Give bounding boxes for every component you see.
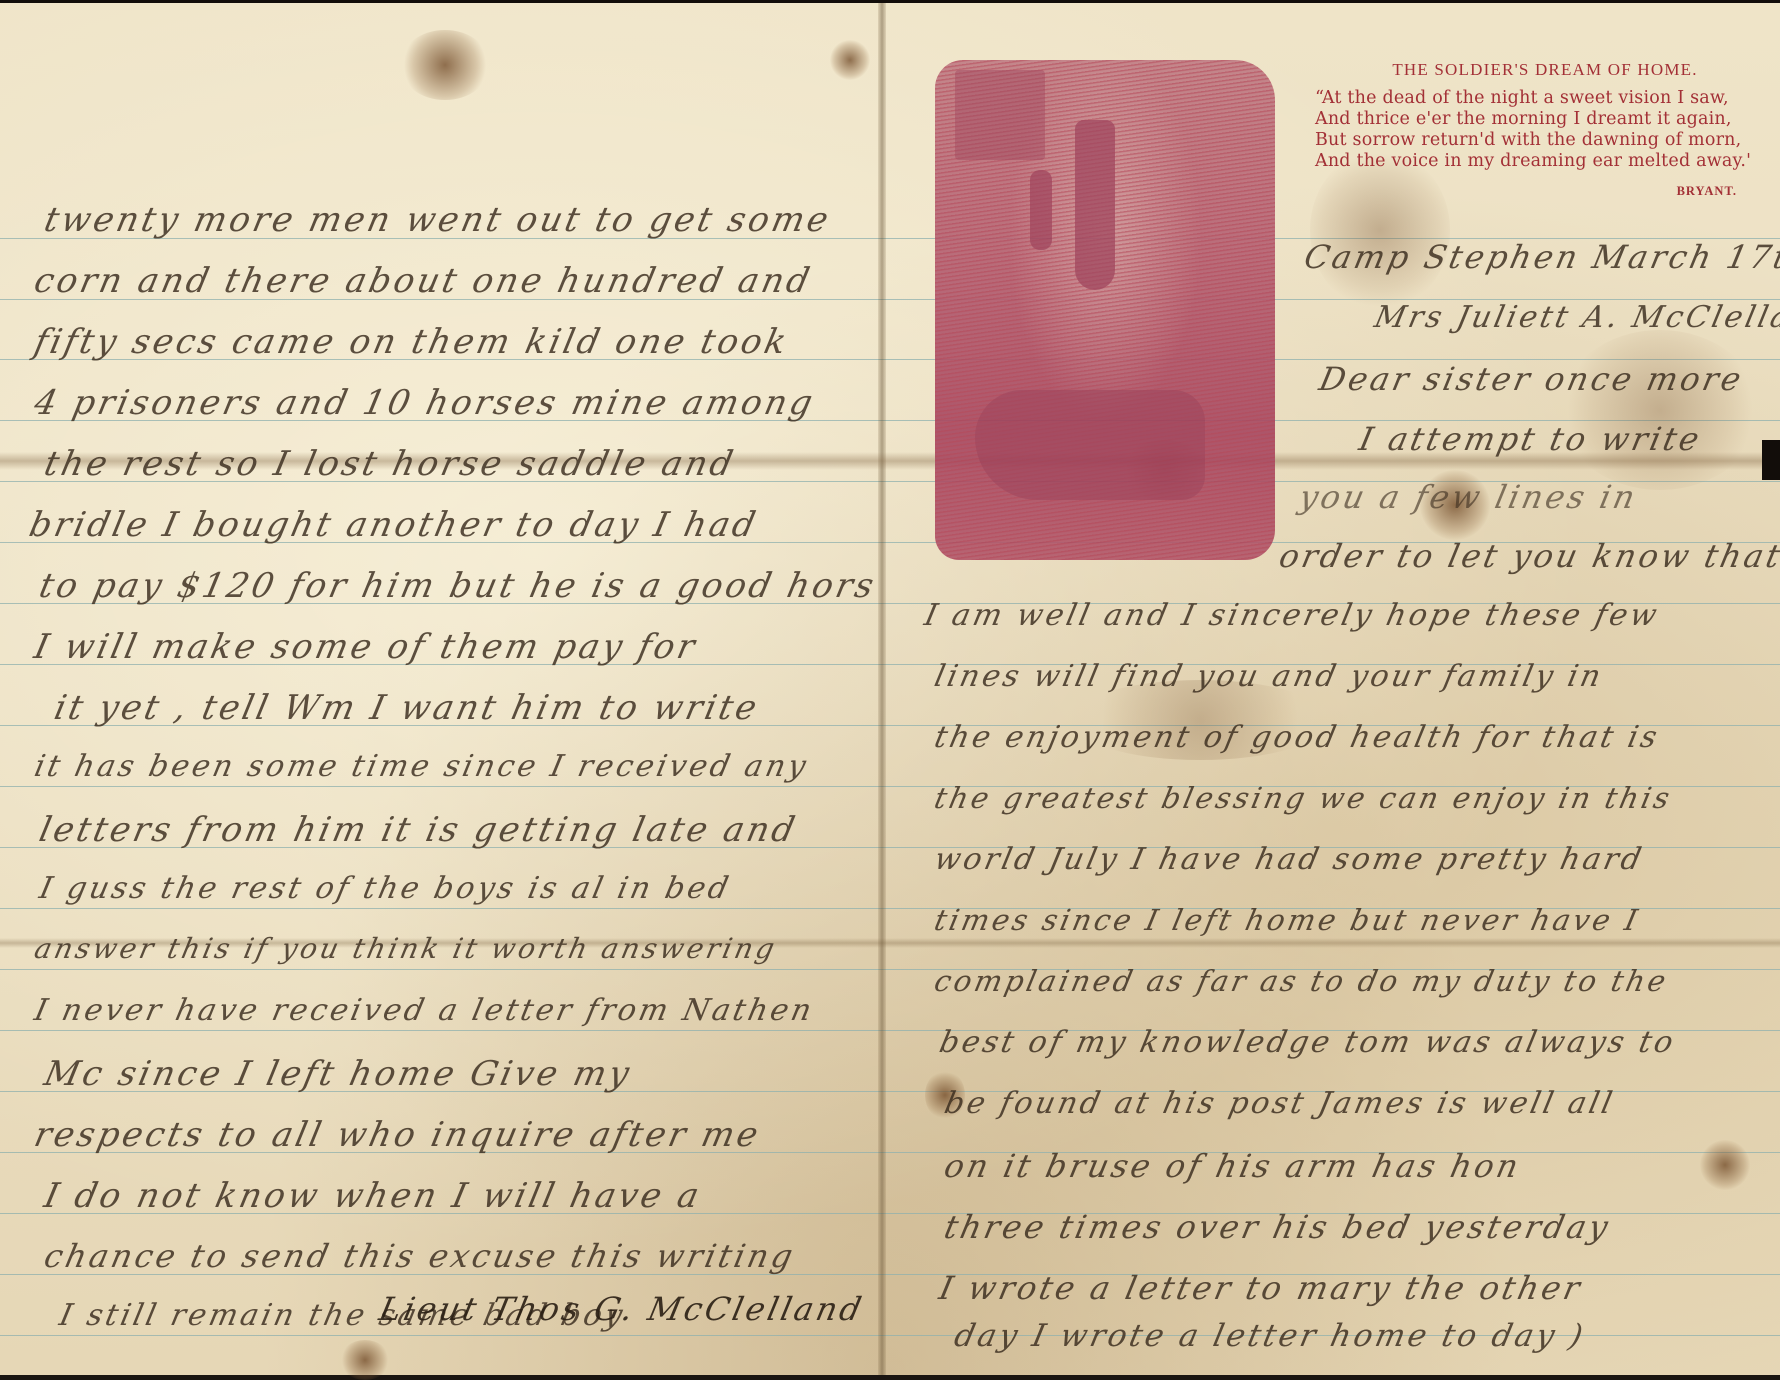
handwritten-line: corn and there about one hundred and	[31, 261, 816, 301]
handwritten-line: day I wrote a letter home to day )	[951, 1318, 1589, 1354]
addressee: Mrs Juliett A. McClelland	[1371, 300, 1780, 335]
poem-title: THE SOLDIER'S DREAM OF HOME.	[1315, 60, 1775, 80]
handwritten-line: fifty secs came on them kild one took	[31, 322, 793, 362]
standing-woman-figure	[1075, 120, 1115, 290]
cabin-figure	[955, 70, 1045, 160]
handwritten-line: complained as far as to do my duty to th…	[931, 964, 1671, 998]
salutation: Dear sister once more	[1316, 360, 1747, 398]
poem-author: BRYANT.	[1315, 184, 1737, 199]
child-figure	[1030, 170, 1052, 250]
handwritten-line: it yet , tell Wm I want him to write	[51, 688, 763, 728]
letter-scan: twenty more men went out to get some cor…	[0, 0, 1780, 1375]
handwritten-line: I never have received a letter from Nath…	[31, 993, 817, 1028]
handwritten-line: I attempt to write	[1356, 420, 1705, 458]
signature: Lieut Thos G. McClelland	[376, 1290, 868, 1328]
handwritten-line: be found at his post James is well all	[941, 1086, 1618, 1121]
handwritten-line: respects to all who inquire after me	[31, 1115, 765, 1155]
poem-line: “At the dead of the night a sweet vision…	[1315, 88, 1775, 109]
poem-line: But sorrow return'd with the dawning of …	[1315, 130, 1775, 151]
printed-poem-header: THE SOLDIER'S DREAM OF HOME. “At the dea…	[1315, 60, 1775, 199]
handwritten-line: I will make some of them pay for	[31, 627, 701, 667]
handwritten-line: 4 prisoners and 10 horses mine among	[31, 383, 819, 423]
poem-line: And the voice in my dreaming ear melted …	[1315, 151, 1775, 172]
handwritten-line: answer this if you think it worth answer…	[31, 932, 780, 965]
handwritten-line: I do not know when I will have a	[41, 1176, 706, 1216]
handwritten-line: I wrote a letter to mary the other	[936, 1269, 1586, 1307]
handwritten-line: to pay $120 for him but he is a good hor…	[36, 566, 880, 606]
handwritten-line: you a few lines in	[1296, 478, 1641, 516]
handwritten-line: I am well and I sincerely hope these few	[921, 598, 1662, 633]
handwritten-line: three times over his bed yesterday	[941, 1208, 1614, 1246]
sleeping-soldier-figure	[975, 390, 1205, 500]
handwritten-line: the enjoyment of good health for that is	[931, 720, 1663, 755]
handwritten-line: best of my knowledge tom was always to	[936, 1025, 1679, 1060]
handwritten-line: Mc since I left home Give my	[41, 1054, 636, 1094]
left-page: twenty more men went out to get some cor…	[0, 0, 880, 1375]
handwritten-line: world July I have had some pretty hard	[931, 842, 1647, 877]
handwritten-line: I guss the rest of the boys is al in bed	[36, 871, 734, 906]
handwritten-line: twenty more men went out to get some	[41, 200, 835, 240]
handwritten-line: letters from him it is getting late and	[36, 810, 801, 850]
handwritten-line: on it bruse of his arm has hon	[941, 1147, 1525, 1185]
handwritten-line: times since I left home but never have I	[931, 903, 1643, 937]
handwritten-line: chance to send this excuse this writing	[41, 1237, 799, 1275]
handwritten-line: the greatest blessing we can enjoy in th…	[931, 781, 1675, 815]
handwritten-line: lines will find you and your family in	[931, 659, 1606, 694]
dateline: Camp Stephen March 17th 1862	[1301, 238, 1780, 276]
engraving-illustration	[935, 60, 1275, 560]
handwritten-line: bridle I bought another to day I had	[26, 505, 762, 545]
handwritten-line: it has been some time since I received a…	[31, 749, 812, 784]
handwritten-line: order to let you know that	[1276, 537, 1780, 575]
poem-line: And thrice e'er the morning I dreamt it …	[1315, 109, 1775, 130]
handwritten-line: the rest so I lost horse saddle and	[41, 444, 740, 484]
